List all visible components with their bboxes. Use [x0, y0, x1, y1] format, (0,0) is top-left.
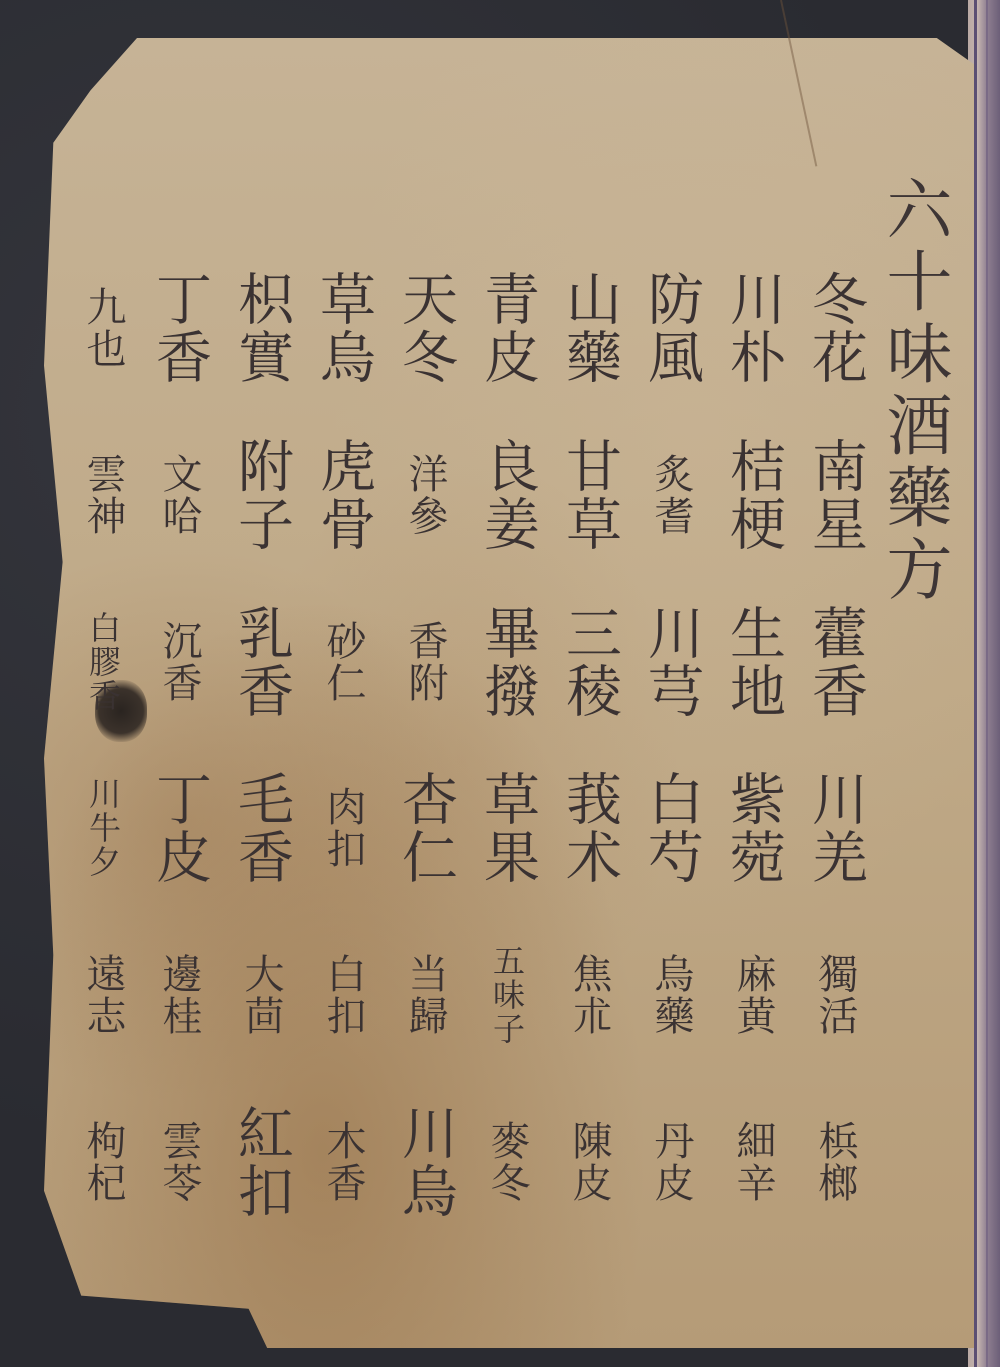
herb-entry: 生地	[725, 578, 781, 745]
herb-entry: 細辛	[733, 1078, 773, 1245]
herb-entry: 麻黄	[733, 912, 773, 1079]
herb-entry: 香附	[405, 578, 445, 745]
herb-column-10: 九也 雲神 白膠香 川牛夕 遠志 枸杞	[68, 245, 138, 1245]
herb-entry: 良姜	[479, 412, 535, 579]
herb-entry: 青皮	[479, 245, 535, 412]
herb-column-2: 川朴 桔梗 生地 紫菀 麻黄 細辛	[718, 245, 788, 1245]
herb-entry: 肉扣	[323, 745, 363, 912]
herb-entry: 山藥	[561, 245, 617, 412]
herb-entry: 草烏	[315, 245, 371, 412]
herb-entry: 紫菀	[725, 745, 781, 912]
herb-entry: 草果	[479, 745, 535, 912]
herb-entry: 天冬	[397, 245, 453, 412]
herb-entry: 紅扣	[233, 1078, 289, 1245]
herb-entry: 白扣	[323, 912, 363, 1079]
herb-entry: 麥冬	[487, 1078, 527, 1245]
herb-entry: 枳實	[233, 245, 289, 412]
herb-entry: 川羌	[807, 745, 863, 912]
herb-entry: 梹榔	[815, 1078, 855, 1245]
herb-entry: 三稜	[561, 578, 617, 745]
herb-entry: 烏藥	[651, 912, 691, 1079]
herb-entry: 当歸	[405, 912, 445, 1079]
herb-entry: 白膠香	[87, 578, 119, 745]
herb-entry: 川烏	[397, 1078, 453, 1245]
herb-column-6: 天冬 洋參 香附 杏仁 当歸 川烏	[390, 245, 460, 1245]
herb-column-5: 青皮 良姜 畢撥 草果 五味子 麥冬	[472, 245, 542, 1245]
herb-entry: 九也	[83, 245, 123, 412]
herb-entry: 防風	[643, 245, 699, 412]
herb-entry: 遠志	[83, 912, 123, 1079]
herb-column-9: 丁香 文哈 沉香 丁皮 邊桂 雲苓	[144, 245, 214, 1245]
herb-entry: 甘草	[561, 412, 617, 579]
herb-entry: 毛香	[233, 745, 289, 912]
herb-entry: 陳皮	[569, 1078, 609, 1245]
herb-entry: 雲神	[83, 412, 123, 579]
herb-entry: 川芎	[643, 578, 699, 745]
herb-entry: 莪术	[561, 745, 617, 912]
herb-entry: 五味子	[491, 912, 523, 1079]
herb-entry: 虎骨	[315, 412, 371, 579]
herb-entry: 丹皮	[651, 1078, 691, 1245]
herb-entry: 洋參	[405, 412, 445, 579]
herb-entry: 邊桂	[159, 912, 199, 1079]
herb-entry: 冬花	[807, 245, 863, 412]
herb-entry: 南星	[807, 412, 863, 579]
herb-column-7: 草烏 虎骨 砂仁 肉扣 白扣 木香	[308, 245, 378, 1245]
herb-entry: 丁皮	[151, 745, 207, 912]
herb-column-8: 枳實 附子 乳香 毛香 大茴 紅扣	[226, 245, 296, 1245]
herb-column-3: 防風 炙耆 川芎 白芍 烏藥 丹皮	[636, 245, 706, 1245]
herb-entry: 雲苓	[159, 1078, 199, 1245]
herb-entry: 獨活	[815, 912, 855, 1079]
herb-entry: 沉香	[159, 578, 199, 745]
herb-entry: 川牛夕	[87, 745, 119, 912]
herb-entry: 枸杞	[83, 1078, 123, 1245]
herb-entry: 畢撥	[479, 578, 535, 745]
herb-entry: 附子	[233, 412, 289, 579]
herb-entry: 乳香	[233, 578, 289, 745]
herb-column-1: 冬花 南星 藿香 川羌 獨活 梹榔	[800, 245, 870, 1245]
page-title: 六十味酒藥方	[880, 175, 946, 607]
herb-entry: 文哈	[159, 412, 199, 579]
herb-entry: 木香	[323, 1078, 363, 1245]
herb-entry: 焦朮	[569, 912, 609, 1079]
herb-entry: 炙耆	[651, 412, 691, 579]
herb-entry: 桔梗	[725, 412, 781, 579]
herb-entry: 砂仁	[323, 578, 363, 745]
herb-column-4: 山藥 甘草 三稜 莪术 焦朮 陳皮	[554, 245, 624, 1245]
herb-entry: 白芍	[643, 745, 699, 912]
herb-entry: 丁香	[151, 245, 207, 412]
herb-list: 冬花 南星 藿香 川羌 獨活 梹榔 川朴 桔梗 生地 紫菀 麻黄 細辛 防風 炙…	[70, 245, 870, 1245]
herb-entry: 大茴	[241, 912, 281, 1079]
herb-entry: 藿香	[807, 578, 863, 745]
herb-entry: 杏仁	[397, 745, 453, 912]
herb-entry: 川朴	[725, 245, 781, 412]
